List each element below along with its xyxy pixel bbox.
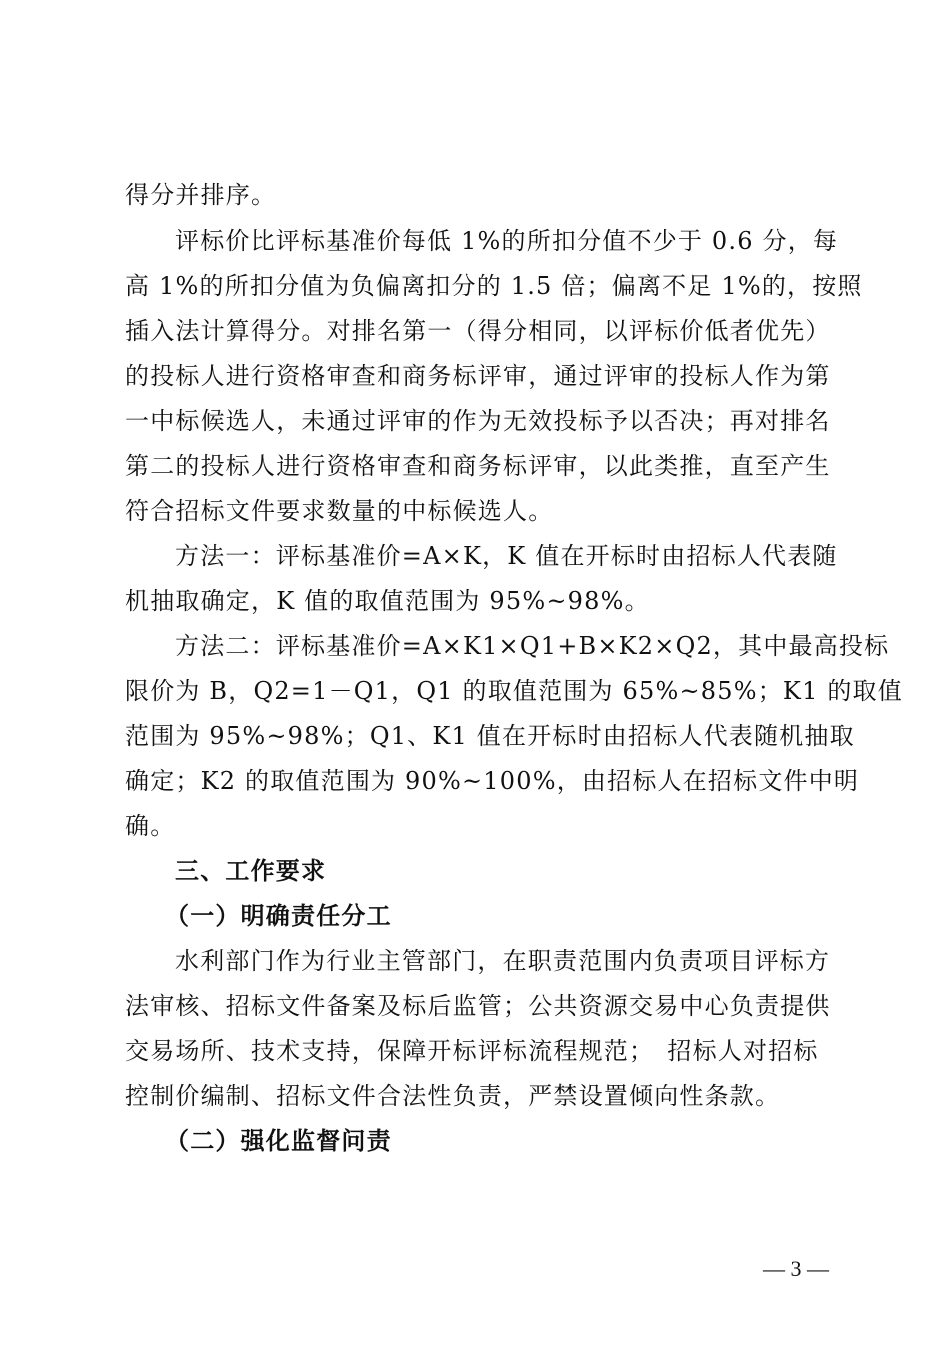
page-number: — 3 — [763, 1256, 829, 1282]
method-one-line: 方法一：评标基准价=A×K，K 值在开标时由招标人代表随 [175, 541, 838, 571]
section-heading: 三、工作要求 [175, 856, 326, 886]
paragraph-line: 交易场所、技术支持，保障开标评标流程规范； 招标人对招标 [125, 1036, 819, 1066]
method-two-line: 确。 [125, 811, 175, 841]
method-two-line: 范围为 95%~98%；Q1、K1 值在开标时由招标人代表随机抽取 [125, 721, 855, 751]
paragraph-line: 插入法计算得分。对排名第一（得分相同，以评标价低者优先） [125, 316, 831, 346]
method-two-line: 限价为 B，Q2=1－Q1，Q1 的取值范围为 65%~85%；K1 的取值 [125, 676, 903, 706]
paragraph-line: 的投标人进行资格审查和商务标评审，通过评审的投标人作为第 [125, 361, 831, 391]
paragraph-line: 一中标候选人，未通过评审的作为无效投标予以否决；再对排名 [125, 406, 831, 436]
paragraph-line: 符合招标文件要求数量的中标候选人。 [125, 496, 553, 526]
paragraph-line: 水利部门作为行业主管部门，在职责范围内负责项目评标方 [175, 946, 830, 976]
paragraph-line: 评标价比评标基准价每低 1%的所扣分值不少于 0.6 分，每 [175, 226, 838, 256]
method-two-line: 确定；K2 的取值范围为 90%~100%，由招标人在招标文件中明 [125, 766, 859, 796]
method-one-line: 机抽取确定，K 值的取值范围为 95%~98%。 [125, 586, 650, 616]
subheading-supervision: （二）强化监督问责 [165, 1126, 392, 1156]
paragraph-line: 法审核、招标文件备案及标后监管；公共资源交易中心负责提供 [125, 991, 831, 1021]
subheading-responsibilities: （一）明确责任分工 [165, 901, 392, 931]
paragraph-line: 控制价编制、招标文件合法性负责，严禁设置倾向性条款。 [125, 1081, 780, 1111]
paragraph-line: 得分并排序。 [125, 180, 276, 210]
method-two-line: 方法二：评标基准价=A×K1×Q1+B×K2×Q2，其中最高投标 [175, 631, 889, 661]
paragraph-line: 高 1%的所扣分值为负偏离扣分的 1.5 倍；偏离不足 1%的，按照 [125, 271, 863, 301]
paragraph-line: 第二的投标人进行资格审查和商务标评审，以此类推，直至产生 [125, 451, 831, 481]
